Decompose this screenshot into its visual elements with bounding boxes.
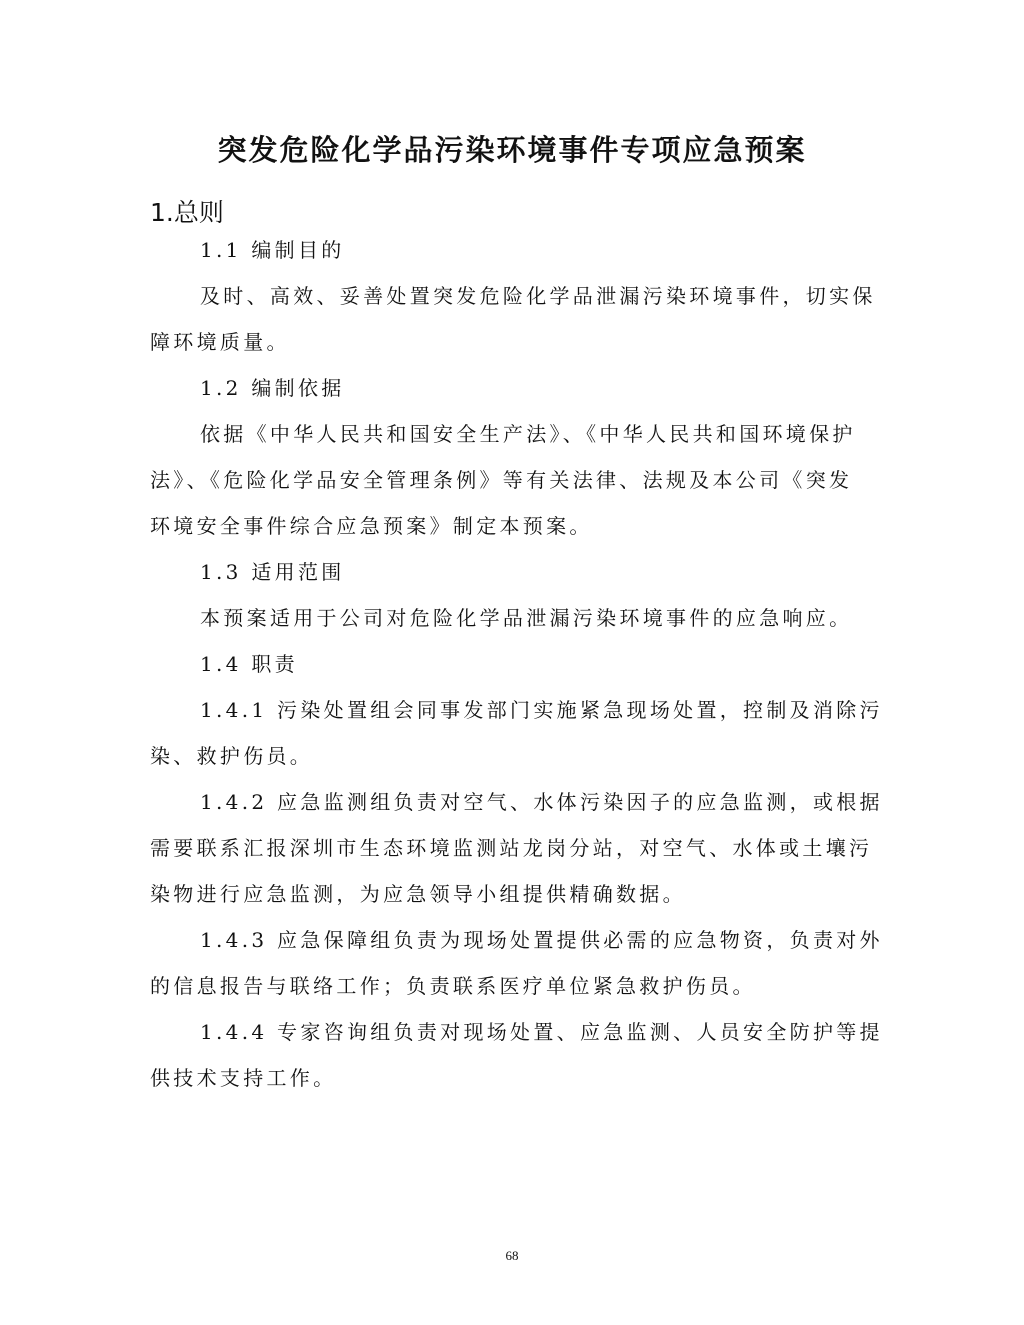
text-line: 1.2 编制依据 [200, 374, 925, 402]
text-line: 障环境质量。 [150, 328, 875, 356]
text-line: 1.4.3 应急保障组负责为现场处置提供必需的应急物资，负责对外 [200, 926, 925, 954]
section-heading: 1.总则 [150, 193, 224, 229]
text-line: 及时、高效、妥善处置突发危险化学品泄漏污染环境事件，切实保 [200, 282, 925, 310]
text-line: 1.4 职责 [200, 650, 925, 678]
text-line: 本预案适用于公司对危险化学品泄漏污染环境事件的应急响应。 [200, 604, 925, 632]
text-line: 染物进行应急监测，为应急领导小组提供精确数据。 [150, 880, 875, 908]
page-number: 68 [0, 1248, 1024, 1264]
text-line: 环境安全事件综合应急预案》制定本预案。 [150, 512, 875, 540]
text-line: 1.3 适用范围 [200, 558, 925, 586]
text-line: 依据《中华人民共和国安全生产法》、《中华人民共和国环境保护 [200, 420, 925, 448]
text-line: 1.4.1 污染处置组会同事发部门实施紧急现场处置，控制及消除污 [200, 696, 925, 724]
text-line: 供技术支持工作。 [150, 1064, 875, 1092]
page-title: 突发危险化学品污染环境事件专项应急预案 [0, 128, 1024, 169]
text-line: 1.4.4 专家咨询组负责对现场处置、应急监测、人员安全防护等提 [200, 1018, 925, 1046]
text-line: 的信息报告与联络工作；负责联系医疗单位紧急救护伤员。 [150, 972, 875, 1000]
text-line: 1.4.2 应急监测组负责对空气、水体污染因子的应急监测，或根据 [200, 788, 925, 816]
text-line: 法》、《危险化学品安全管理条例》等有关法律、法规及本公司《突发 [150, 466, 875, 494]
text-line: 需要联系汇报深圳市生态环境监测站龙岗分站，对空气、水体或土壤污 [150, 834, 875, 862]
text-line: 染、救护伤员。 [150, 742, 875, 770]
text-line: 1.1 编制目的 [200, 236, 925, 264]
